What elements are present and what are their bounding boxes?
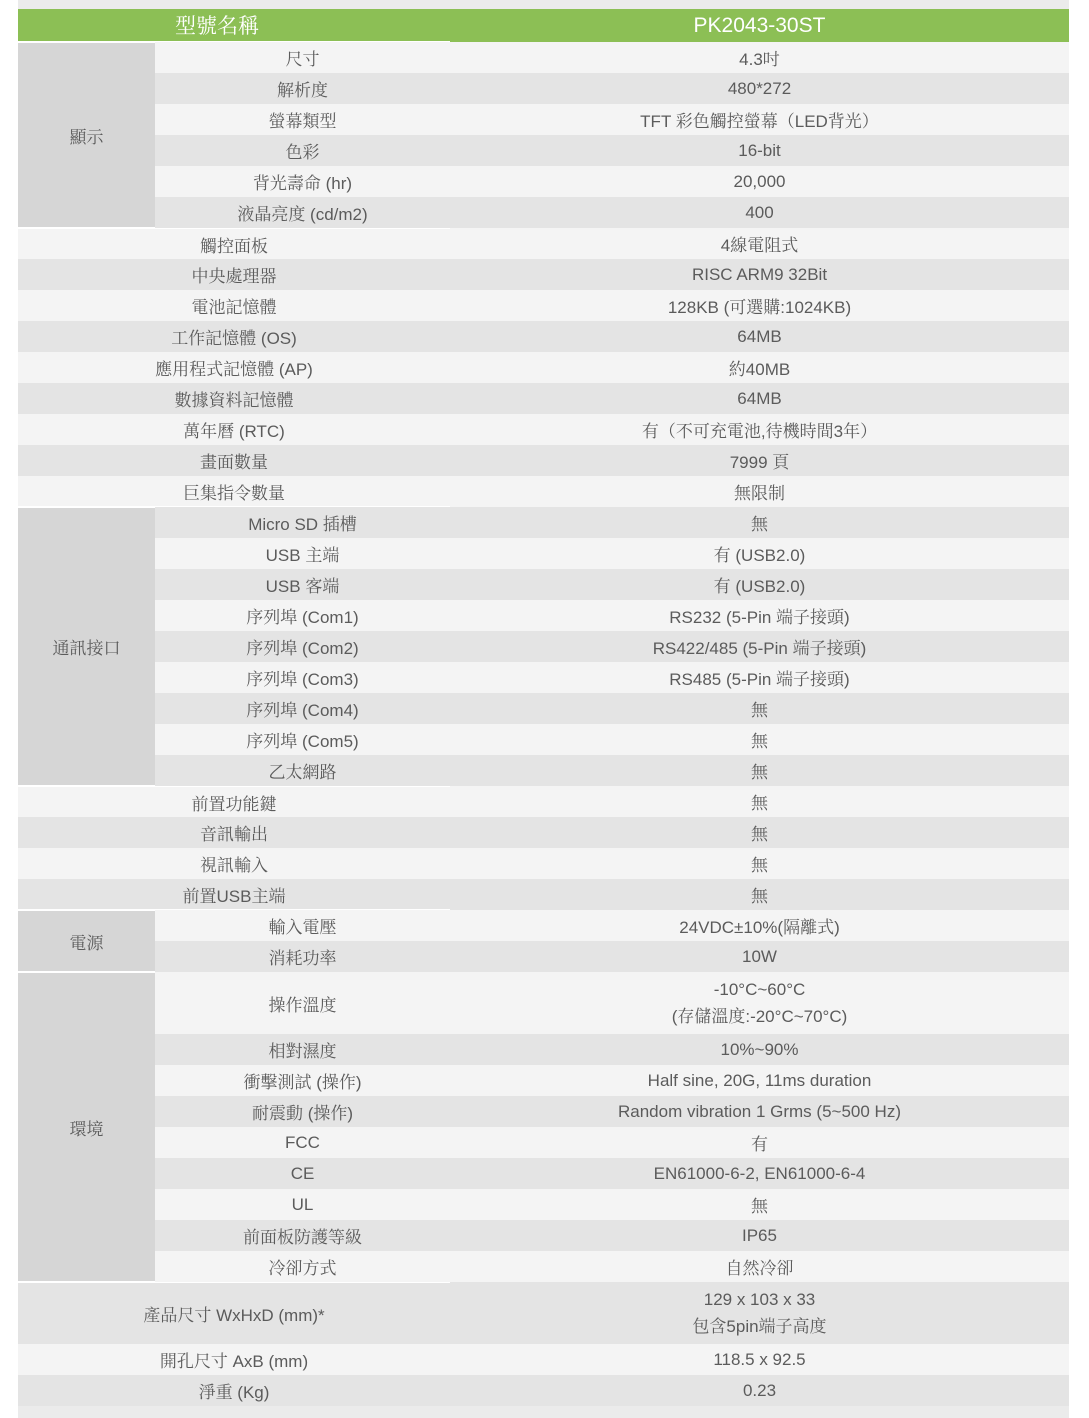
spec-label-cell: 解析度: [155, 73, 450, 104]
spec-label-cell: 萬年曆 (RTC): [18, 414, 450, 445]
spec-label-cell: 畫面數量: [18, 445, 450, 476]
spec-label-cell: 應用程式記憶體 (AP): [18, 352, 450, 383]
spec-row: CEEN61000-6-2, EN61000-6-4: [18, 1158, 1069, 1189]
spec-row: 數據資料記憶體64MB: [18, 383, 1069, 414]
spec-label-cell: USB 主端: [155, 538, 450, 569]
spec-label-cell: FCC: [155, 1127, 450, 1158]
spec-value-cell: 有 (USB2.0): [450, 538, 1069, 569]
spec-label-cell: 操作溫度: [155, 972, 450, 1034]
spec-label-cell: 工作記憶體 (OS): [18, 321, 450, 352]
spec-row: 前置功能鍵無: [18, 786, 1069, 817]
spec-value-cell: 128KB (可選購:1024KB): [450, 290, 1069, 321]
spec-row: 通訊接口Micro SD 插槽無: [18, 507, 1069, 538]
spec-label-cell: 尺寸: [155, 42, 450, 73]
spec-label-cell: 音訊輸出: [18, 817, 450, 848]
spec-label-cell: Micro SD 插槽: [155, 507, 450, 538]
spec-label-cell: 液晶亮度 (cd/m2): [155, 197, 450, 228]
spec-value-cell: 無: [450, 507, 1069, 538]
spec-label-cell: 淨重 (Kg): [18, 1375, 450, 1406]
spec-label-cell: 產品尺寸 WxHxD (mm)*: [18, 1282, 450, 1344]
spec-row: 前置USB主端無: [18, 879, 1069, 910]
category-cell: 環境: [18, 972, 155, 1282]
spec-row: 開孔尺寸 AxB (mm)118.5 x 92.5: [18, 1344, 1069, 1375]
spec-value-line-1: -10°C~60°C: [450, 976, 1069, 1003]
spec-label-cell: 前置功能鍵: [18, 786, 450, 817]
spec-value-cell: 400: [450, 197, 1069, 228]
spec-row: 顯示尺寸4.3吋: [18, 42, 1069, 73]
spec-value-cell: TFT 彩色觸控螢幕（LED背光）: [450, 104, 1069, 135]
spec-value-cell: 129 x 103 x 33包含5pin端子高度: [450, 1282, 1069, 1344]
spec-value-cell: IP65: [450, 1220, 1069, 1251]
spec-value-cell: 無: [450, 848, 1069, 879]
spec-value-cell: RS485 (5-Pin 端子接頭): [450, 662, 1069, 693]
spec-row: 音訊輸出無: [18, 817, 1069, 848]
spec-value-cell: 無: [450, 786, 1069, 817]
spec-label-cell: 數據資料記憶體: [18, 383, 450, 414]
spec-value-cell: 118.5 x 92.5: [450, 1344, 1069, 1375]
spec-label-cell: 電池記憶體: [18, 290, 450, 321]
spec-row: 視訊輸入無: [18, 848, 1069, 879]
spec-row: 序列埠 (Com3)RS485 (5-Pin 端子接頭): [18, 662, 1069, 693]
spec-label-cell: 背光壽命 (hr): [155, 166, 450, 197]
category-cell: 電源: [18, 910, 155, 972]
spec-row: 淨重 (Kg)0.23: [18, 1375, 1069, 1406]
spec-value-cell: 64MB: [450, 383, 1069, 414]
spec-label-cell: 前面板防護等級: [155, 1220, 450, 1251]
spec-label-cell: 巨集指令數量: [18, 476, 450, 507]
spec-label-cell: 序列埠 (Com4): [155, 693, 450, 724]
spec-value-line-2: 包含5pin端子高度: [450, 1313, 1069, 1340]
spec-value-line-1: 129 x 103 x 33: [450, 1286, 1069, 1313]
model-number-header-value: PK2043-30ST: [450, 9, 1069, 42]
spec-row: USB 主端有 (USB2.0): [18, 538, 1069, 569]
spec-label-cell: 乙太網路: [155, 755, 450, 786]
spec-value-cell: RISC ARM9 32Bit: [450, 259, 1069, 290]
spec-row: FCC有: [18, 1127, 1069, 1158]
spec-sheet-page: 型號名稱 PK2043-30ST 顯示尺寸4.3吋解析度480*272螢幕類型T…: [0, 0, 1089, 1416]
spec-row: USB 客端有 (USB2.0): [18, 569, 1069, 600]
spec-label-cell: 冷卻方式: [155, 1251, 450, 1282]
spec-value-cell: 有 (USB2.0): [450, 569, 1069, 600]
spec-value-cell: 10W: [450, 941, 1069, 972]
spec-row: 中央處理器RISC ARM9 32Bit: [18, 259, 1069, 290]
model-name-header-label: 型號名稱: [18, 9, 450, 42]
spec-value-cell: 有（不可充電池,待機時間3年）: [450, 414, 1069, 445]
spec-value-cell: 無: [450, 879, 1069, 910]
spec-label-cell: 觸控面板: [18, 228, 450, 259]
spec-row: 液晶亮度 (cd/m2)400: [18, 197, 1069, 228]
spec-row: 消耗功率10W: [18, 941, 1069, 972]
category-cell: 通訊接口: [18, 507, 155, 786]
spec-value-cell: 無: [450, 1189, 1069, 1220]
spec-label-cell: 序列埠 (Com5): [155, 724, 450, 755]
spec-label-cell: CE: [155, 1158, 450, 1189]
spec-row: 冷卻方式自然冷卻: [18, 1251, 1069, 1282]
spec-label-cell: 衝擊測試 (操作): [155, 1065, 450, 1096]
spec-row: UL無: [18, 1189, 1069, 1220]
spec-value-cell: RS232 (5-Pin 端子接頭): [450, 600, 1069, 631]
spec-label-cell: 螢幕類型: [155, 104, 450, 135]
spec-value-cell: 無: [450, 817, 1069, 848]
spec-label-cell: USB 客端: [155, 569, 450, 600]
spec-label-cell: 中央處理器: [18, 259, 450, 290]
spec-row: 電源輸入電壓24VDC±10%(隔離式): [18, 910, 1069, 941]
spec-row: 序列埠 (Com2)RS422/485 (5-Pin 端子接頭): [18, 631, 1069, 662]
table-header-row: 型號名稱 PK2043-30ST: [18, 9, 1069, 42]
spec-row: 應用程式記憶體 (AP)約40MB: [18, 352, 1069, 383]
spec-value-cell: 64MB: [450, 321, 1069, 352]
spec-value-cell: 約40MB: [450, 352, 1069, 383]
spec-row: 萬年曆 (RTC)有（不可充電池,待機時間3年）: [18, 414, 1069, 445]
spec-value-cell: 7999 頁: [450, 445, 1069, 476]
spec-label-cell: 耐震動 (操作): [155, 1096, 450, 1127]
spec-value-cell: -10°C~60°C(存儲溫度:-20°C~70°C): [450, 972, 1069, 1034]
spec-row: 環境操作溫度-10°C~60°C(存儲溫度:-20°C~70°C): [18, 972, 1069, 1034]
spec-label-cell: 序列埠 (Com3): [155, 662, 450, 693]
spec-row: 解析度480*272: [18, 73, 1069, 104]
spec-row: 電池記憶體128KB (可選購:1024KB): [18, 290, 1069, 321]
spec-value-cell: 無: [450, 693, 1069, 724]
spec-label-cell: UL: [155, 1189, 450, 1220]
spec-value-cell: 4線電阻式: [450, 228, 1069, 259]
spec-value-cell: 有: [450, 1127, 1069, 1158]
spec-row: 畫面數量7999 頁: [18, 445, 1069, 476]
spec-row: 序列埠 (Com1)RS232 (5-Pin 端子接頭): [18, 600, 1069, 631]
spec-row: 色彩16-bit: [18, 135, 1069, 166]
spec-value-cell: 480*272: [450, 73, 1069, 104]
spec-row: 乙太網路無: [18, 755, 1069, 786]
spec-value-cell: 16-bit: [450, 135, 1069, 166]
spec-value-cell: 24VDC±10%(隔離式): [450, 910, 1069, 941]
spec-label-cell: 序列埠 (Com1): [155, 600, 450, 631]
bottom-edge-strip: [18, 1406, 1069, 1418]
spec-row: 螢幕類型TFT 彩色觸控螢幕（LED背光）: [18, 104, 1069, 135]
spec-value-cell: 4.3吋: [450, 42, 1069, 73]
spec-value-line-2: (存儲溫度:-20°C~70°C): [450, 1003, 1069, 1030]
spec-value-cell: 無: [450, 724, 1069, 755]
spec-row: 衝擊測試 (操作)Half sine, 20G, 11ms duration: [18, 1065, 1069, 1096]
spec-label-cell: 相對濕度: [155, 1034, 450, 1065]
spec-value-cell: 無限制: [450, 476, 1069, 507]
spec-value-cell: 無: [450, 755, 1069, 786]
spec-label-cell: 開孔尺寸 AxB (mm): [18, 1344, 450, 1375]
spec-row: 前面板防護等級IP65: [18, 1220, 1069, 1251]
spec-table-body: 顯示尺寸4.3吋解析度480*272螢幕類型TFT 彩色觸控螢幕（LED背光）色…: [18, 42, 1069, 1406]
spec-value-cell: Random vibration 1 Grms (5~500 Hz): [450, 1096, 1069, 1127]
spec-value-cell: Half sine, 20G, 11ms duration: [450, 1065, 1069, 1096]
spec-label-cell: 視訊輸入: [18, 848, 450, 879]
spec-row: 產品尺寸 WxHxD (mm)*129 x 103 x 33包含5pin端子高度: [18, 1282, 1069, 1344]
spec-row: 序列埠 (Com4)無: [18, 693, 1069, 724]
spec-value-cell: EN61000-6-2, EN61000-6-4: [450, 1158, 1069, 1189]
spec-value-cell: 自然冷卻: [450, 1251, 1069, 1282]
spec-label-cell: 序列埠 (Com2): [155, 631, 450, 662]
spec-value-cell: RS422/485 (5-Pin 端子接頭): [450, 631, 1069, 662]
spec-value-cell: 20,000: [450, 166, 1069, 197]
spec-label-cell: 色彩: [155, 135, 450, 166]
spec-row: 序列埠 (Com5)無: [18, 724, 1069, 755]
spec-label-cell: 消耗功率: [155, 941, 450, 972]
spec-value-cell: 10%~90%: [450, 1034, 1069, 1065]
top-edge-strip: [18, 0, 1069, 9]
spec-label-cell: 輸入電壓: [155, 910, 450, 941]
spec-row: 巨集指令數量無限制: [18, 476, 1069, 507]
spec-row: 觸控面板4線電阻式: [18, 228, 1069, 259]
spec-row: 背光壽命 (hr)20,000: [18, 166, 1069, 197]
spec-label-cell: 前置USB主端: [18, 879, 450, 910]
spec-row: 耐震動 (操作)Random vibration 1 Grms (5~500 H…: [18, 1096, 1069, 1127]
spec-table: 型號名稱 PK2043-30ST 顯示尺寸4.3吋解析度480*272螢幕類型T…: [18, 9, 1069, 1406]
category-cell: 顯示: [18, 42, 155, 228]
spec-row: 相對濕度10%~90%: [18, 1034, 1069, 1065]
spec-value-cell: 0.23: [450, 1375, 1069, 1406]
spec-row: 工作記憶體 (OS)64MB: [18, 321, 1069, 352]
